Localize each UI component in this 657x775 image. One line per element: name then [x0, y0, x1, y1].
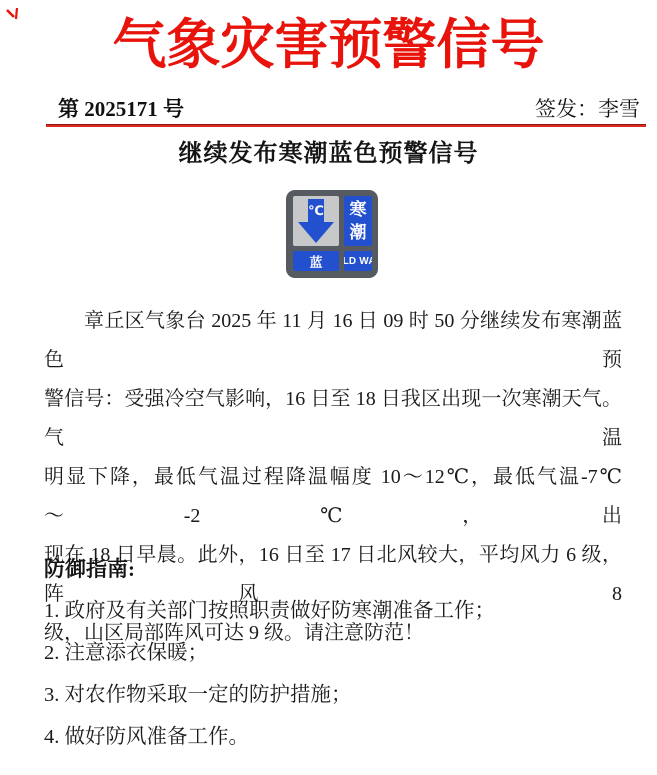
document-meta-row: 第 2025171 号 签发：李雪: [46, 96, 646, 122]
body-line: 章丘区气象台 2025 年 11 月 16 日 09 时 50 分继续发布寒潮蓝…: [44, 302, 622, 380]
warning-subtitle: 继续发布寒潮蓝色预警信号: [0, 138, 657, 170]
issuer-signature: 签发：李雪: [535, 96, 646, 122]
header-divider-rule: [46, 124, 646, 127]
cold-wave-char-2: 潮: [350, 221, 367, 244]
defense-guide-heading: 防御指南:: [44, 556, 624, 582]
cold-wave-en-label: COLD WAVE: [344, 251, 372, 271]
warning-document-page: 气象灾害预警信号 第 2025171 号 签发：李雪 继续发布寒潮蓝色预警信号 …: [0, 0, 657, 775]
guide-item-2: 2. 注意添衣保暖；: [44, 641, 624, 666]
guide-item-3: 3. 对农作物采取一定的防护措施；: [44, 683, 624, 708]
guide-item-1: 1. 政府及有关部门按照职责做好防寒潮准备工作；: [44, 599, 624, 624]
defense-guide-section: 防御指南: 1. 政府及有关部门按照职责做好防寒潮准备工作； 2. 注意添衣保暖…: [44, 556, 624, 750]
cold-wave-char-1: 寒: [350, 198, 367, 221]
blue-level-badge: 蓝: [293, 251, 339, 271]
page-title: 气象灾害预警信号: [0, 14, 657, 76]
guide-item-4: 4. 做好防风准备工作。: [44, 725, 624, 750]
cold-wave-cn-label: 寒 潮: [344, 196, 372, 246]
body-line: 明显下降，最低气温过程降温幅度 10～12℃，最低气温-7℃～-2℃，出: [44, 458, 622, 536]
down-arrow-icon: ℃: [296, 198, 336, 244]
body-line: 警信号：受强冷空气影响，16 日至 18 日我区出现一次寒潮天气。气温: [44, 380, 622, 458]
document-number: 第 2025171 号: [46, 96, 184, 122]
temperature-drop-arrow-cell: ℃: [293, 196, 339, 246]
celsius-symbol: ℃: [308, 203, 324, 218]
cold-wave-blue-warning-icon: ℃ 寒 潮 蓝 COLD WAVE: [286, 190, 378, 278]
